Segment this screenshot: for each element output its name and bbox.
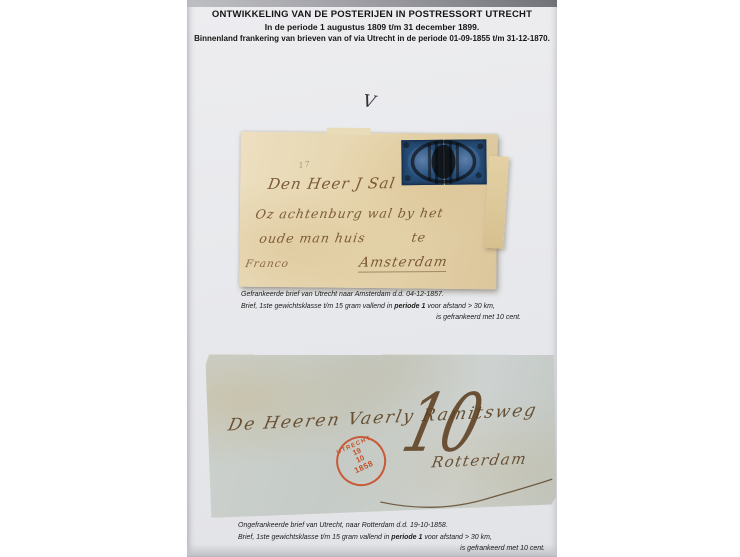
underline-flourish	[374, 469, 559, 512]
album-page-photo: ONTWIKKELING VAN DE POSTERIJEN IN POSTRE…	[187, 0, 557, 557]
franked-cover-1857: 17 Den Heer J Sal Oz achtenburg wal by h…	[239, 132, 498, 290]
caption1-line2-bold: periode 1	[394, 303, 425, 310]
franco-note: Franco	[244, 258, 290, 270]
page-header: ONTWIKKELING VAN DE POSTERIJEN IN POSTRE…	[187, 9, 557, 45]
destination-rotterdam: Rotterdam	[430, 450, 528, 472]
caption1-line1: Gefrankeerde brief van Utrecht naar Amst…	[241, 289, 521, 301]
unfranked-cover-1858: De Heeren Vaerly Ramitsweg 10 UTRECHT 19…	[206, 351, 557, 518]
photo-top-edge	[187, 0, 557, 7]
address-line-2: Oz achtenburg wal by het	[254, 205, 445, 221]
destination-amsterdam: Amsterdam	[358, 254, 449, 273]
caption1-line3: is gefrankeerd met 10 cent.	[241, 312, 521, 324]
pencil-mark: 17	[298, 160, 311, 170]
caption1-line2: Brief, 1ste gewichtsklasse t/m 15 gram v…	[241, 301, 521, 313]
address-line-3: oude man huis	[258, 230, 367, 246]
address-line-1: Den Heer J Sal	[267, 174, 397, 193]
caption2-line2: Brief, 1ste gewichtsklasse t/m 15 gram v…	[238, 532, 545, 544]
caption1-line2-pre: Brief, 1ste gewichtsklasse t/m 15 gram v…	[241, 303, 394, 310]
caption2-line1: Ongefrankeerde brief van Utrecht, naar R…	[238, 520, 545, 532]
page-subtitle-period: In de periode 1 augustus 1809 t/m 31 dec…	[187, 21, 557, 33]
page-title: ONTWIKKELING VAN DE POSTERIJEN IN POSTRE…	[187, 9, 557, 21]
caption2-line2-bold: periode 1	[391, 534, 422, 541]
addressee-line: De Heeren Vaerly Ramitsweg	[226, 401, 539, 436]
caption2-line3: is gefrankeerd met 10 cent.	[238, 543, 545, 555]
caption2-line2-post: voor afstand > 30 km,	[422, 534, 491, 541]
stamp-pair	[400, 139, 486, 185]
address-line-3b: te	[410, 229, 427, 244]
caption-cover-1: Gefrankeerde brief van Utrecht naar Amst…	[241, 289, 521, 324]
cancellation-mark-icon	[398, 137, 489, 187]
handwritten-check-mark: V	[362, 91, 377, 113]
caption1-line2-post: voor afstand > 30 km,	[425, 303, 494, 310]
page-subtitle-franking: Binnenland frankering van brieven van of…	[187, 33, 557, 45]
caption2-line2-pre: Brief, 1ste gewichtsklasse t/m 15 gram v…	[238, 534, 391, 541]
caption-cover-2: Ongefrankeerde brief van Utrecht, naar R…	[238, 520, 545, 555]
